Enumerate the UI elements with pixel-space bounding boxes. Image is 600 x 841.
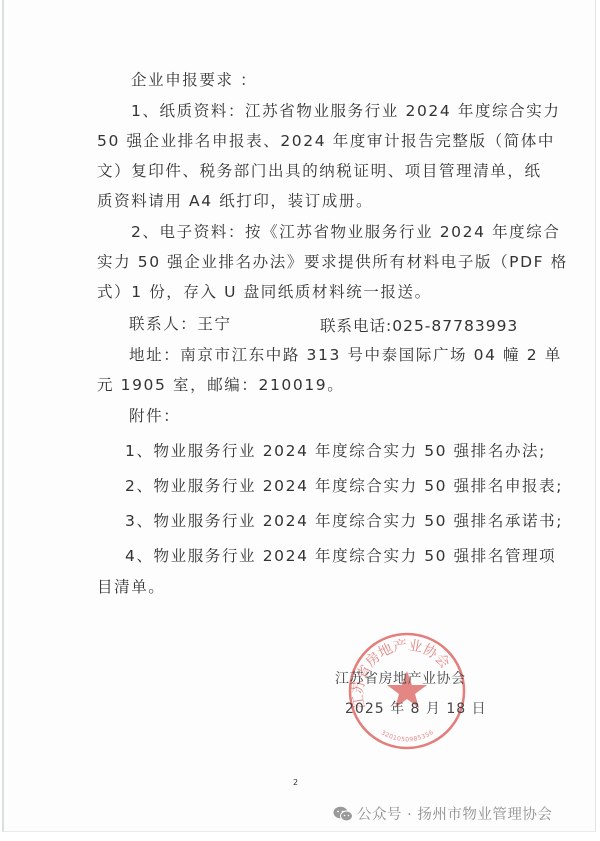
attachment-item-1: 1、物业服务行业 2024 年度综合实力 50 强排名办法; [125,441,546,461]
section-heading: 企业申报要求 ： [131,70,257,90]
wechat-icon [333,806,353,822]
item2-line-3: 式）1 份，存入 U 盘同纸质材料统一报送。 [97,282,432,302]
attachments-label: 附件： [129,406,180,426]
address-line-1: 地址：南京市江东中路 313 号中泰国际广场 04 幢 2 单 [129,345,562,365]
contact-phone: 联系电话:025-87783993 [320,314,518,336]
item1-line-2: 50 强企业排名申报表、2024 年度审计报告完整版（简体中 [97,131,555,151]
official-seal-icon: 江苏省房地产业协会 3201050985356 [346,630,468,752]
signature-organization: 江苏省房地产业协会 [335,668,466,688]
address-line-2: 元 1905 室，邮编：210019。 [97,375,344,395]
attachment-item-2: 2、物业服务行业 2024 年度综合实力 50 强排名申报表; [125,476,563,496]
item2-line-2: 实力 50 强企业排名办法》要求提供所有材料电子版（PDF 格 [97,252,568,272]
page-number: 2 [293,778,298,787]
watermark-text: 公众号 · 扬州市物业管理协会 [357,803,552,824]
item1-line-1: 1、纸质资料：江苏省物业服务行业 2024 年度综合实力 [131,101,560,121]
watermark: 公众号 · 扬州市物业管理协会 [333,803,552,824]
item1-line-4: 质资料请用 A4 纸打印，装订成册。 [97,191,373,211]
document-page: 企业申报要求 ： 1、纸质资料：江苏省物业服务行业 2024 年度综合实力 50… [2,0,596,832]
item2-line-1: 2、电子资料：按《江苏省物业服务行业 2024 年度综合 [131,222,560,242]
contact-person: 联系人：王宁 [129,314,232,334]
item1-line-3: 文）复印件、税务部门出具的纳税证明、项目管理清单，纸 [97,161,542,181]
svg-text:3201050985356: 3201050985356 [380,729,435,744]
attachment-item-3: 3、物业服务行业 2024 年度综合实力 50 强排名承诺书; [125,511,563,531]
attachment-item-4-cont: 目清单。 [97,577,165,597]
signature-date: 2025 年 8 月 18 日 [345,698,487,718]
attachment-item-4: 4、物业服务行业 2024 年度综合实力 50 强排名管理项 [125,546,556,566]
